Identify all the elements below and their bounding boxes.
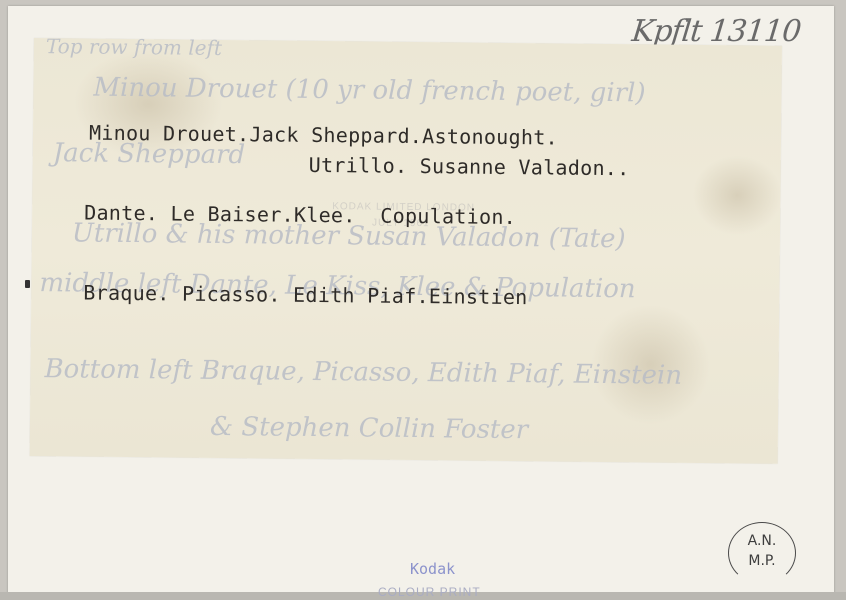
pencil-note: & Stephen Collin Foster [210,412,529,445]
pencil-note: Top row from left [46,34,222,60]
kodak-brand-text: Kodak [410,560,455,578]
collector-stamp: A.N. M.P. [728,522,796,584]
ink-mark [25,280,30,288]
stain [692,155,783,236]
stamp-line-1: A.N. [729,533,795,549]
typed-line-3: Dante. Le Baiser.Klee. Copulation. [84,201,516,230]
typed-label-slip: Top row from left Minou Drouet (10 yr ol… [30,38,782,464]
pencil-note: Bottom left Braque, Picasso, Edith Piaf,… [44,354,682,391]
kodak-colour-print-text: COLOUR PRINT [378,585,481,599]
stamp-line-2: M.P. [729,553,795,569]
typed-line-1: Minou Drouet.Jack Sheppard.Astonought. [89,121,558,150]
pencil-note: Minou Drouet (10 yr old french poet, gir… [93,73,645,109]
typed-line-4: Braque. Picasso. Edith Piaf.Einstien [83,281,528,310]
typed-line-2: Utrillo. Susanne Valadon.. [309,153,630,180]
